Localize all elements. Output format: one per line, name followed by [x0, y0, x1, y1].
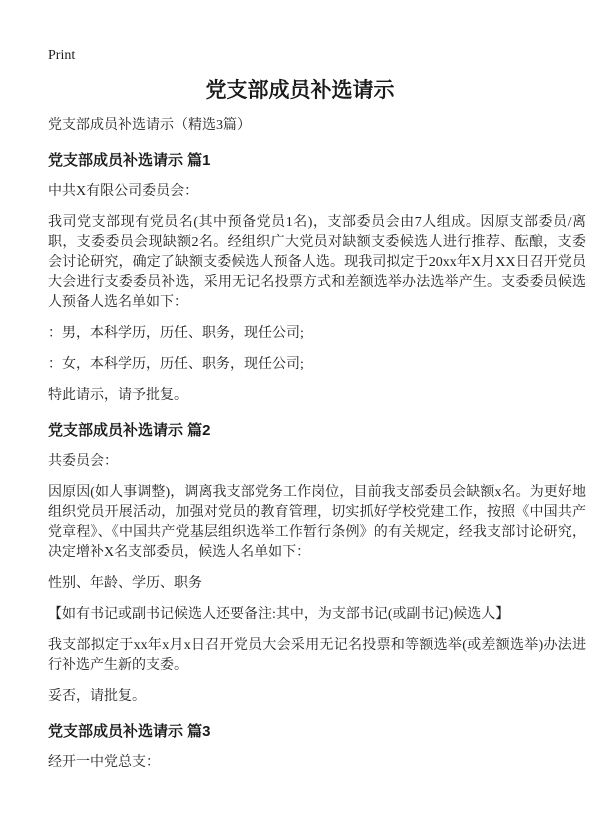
paragraph: ：女，本科学历，历任、职务，现任公司; — [48, 355, 586, 375]
paragraph: ：男，本科学历，历任、职务，现任公司; — [48, 324, 586, 344]
paragraph: 共委员会： — [48, 452, 586, 472]
document-content: 党支部成员补选请示（精选3篇） 党支部成员补选请示 篇1 中共X有限公司委员会：… — [48, 116, 586, 773]
document-title: 党支部成员补选请示 — [14, 78, 586, 104]
paragraph: 经开一中党总支： — [48, 753, 586, 773]
paragraph: 我支部拟定于xx年x月x日召开党员大会采用无记名投票和等额选举(或差额选举)办法… — [48, 636, 586, 676]
paragraph: 【如有书记或副书记候选人还要备注:其中，为支部书记(或副书记)候选人】 — [48, 605, 586, 625]
paragraph: 特此请示，请予批复。 — [48, 386, 586, 406]
section-heading: 党支部成员补选请示 篇3 — [48, 722, 586, 742]
document-subtitle: 党支部成员补选请示（精选3篇） — [48, 116, 586, 136]
document-page: Print 党支部成员补选请示 党支部成员补选请示（精选3篇） 党支部成员补选请… — [0, 0, 600, 828]
section-heading: 党支部成员补选请示 篇2 — [48, 421, 586, 441]
section-heading: 党支部成员补选请示 篇1 — [48, 151, 586, 171]
paragraph: 性别、年龄、学历、职务 — [48, 574, 586, 594]
print-button[interactable]: Print — [48, 48, 75, 64]
paragraph: 妥否，请批复。 — [48, 687, 586, 707]
paragraph: 中共X有限公司委员会： — [48, 182, 586, 202]
paragraph: 因原因(如人事调整)，调离我支部党务工作岗位，目前我支部委员会缺额x名。为更好地… — [48, 483, 586, 563]
paragraph: 我司党支部现有党员名(其中预备党员1名)，支部委员会由7人组成。因原支部委员/离… — [48, 213, 586, 313]
